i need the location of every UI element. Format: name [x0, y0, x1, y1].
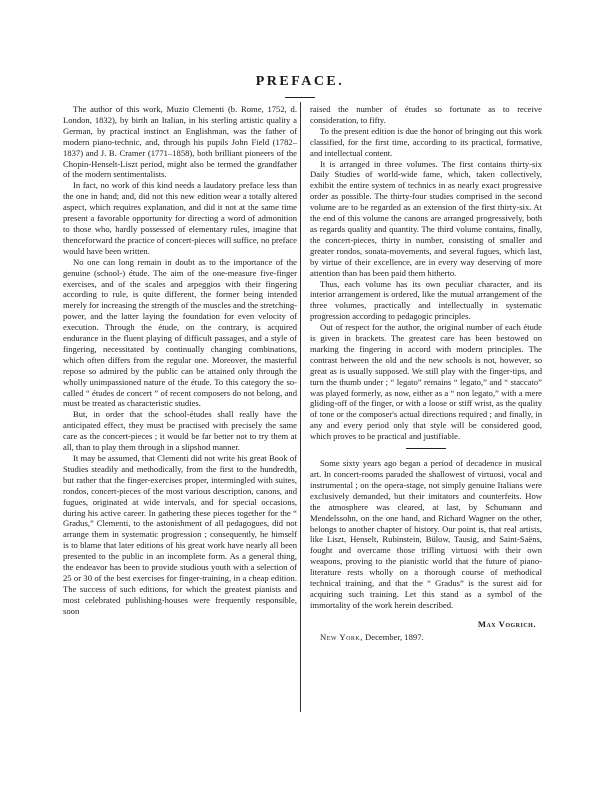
section-rule — [406, 448, 446, 449]
title-rule — [285, 97, 315, 98]
paragraph: The author of this work, Muzio Clementi … — [63, 104, 297, 180]
page-title: PREFACE. — [0, 74, 600, 90]
paragraph: No one can long remain in doubt as to th… — [63, 257, 297, 410]
left-column: The author of this work, Muzio Clementi … — [63, 104, 297, 617]
column-divider — [300, 102, 301, 712]
right-column: raised the number of études so fortunate… — [310, 104, 542, 643]
paragraph: Some sixty years ago began a period of d… — [310, 458, 542, 611]
paragraph: In fact, no work of this kind needs a la… — [63, 180, 297, 256]
dateline: New York, December, 1897. — [310, 632, 542, 643]
paragraph: It is arranged in three volumes. The fir… — [310, 159, 542, 279]
paragraph: To the present edition is due the honor … — [310, 126, 542, 159]
dateline-date: December, 1897. — [365, 632, 424, 642]
author-signature: Max Vogrich. — [310, 619, 542, 630]
paragraph: Out of respect for the author, the origi… — [310, 322, 542, 442]
dateline-place: New York, — [320, 632, 363, 642]
paragraph: But, in order that the school-études sha… — [63, 409, 297, 453]
paragraph: It may be assumed, that Clementi did not… — [63, 453, 297, 617]
continued-paragraph: raised the number of études so fortunate… — [310, 104, 542, 126]
paragraph: Thus, each volume has its own peculiar c… — [310, 279, 542, 323]
